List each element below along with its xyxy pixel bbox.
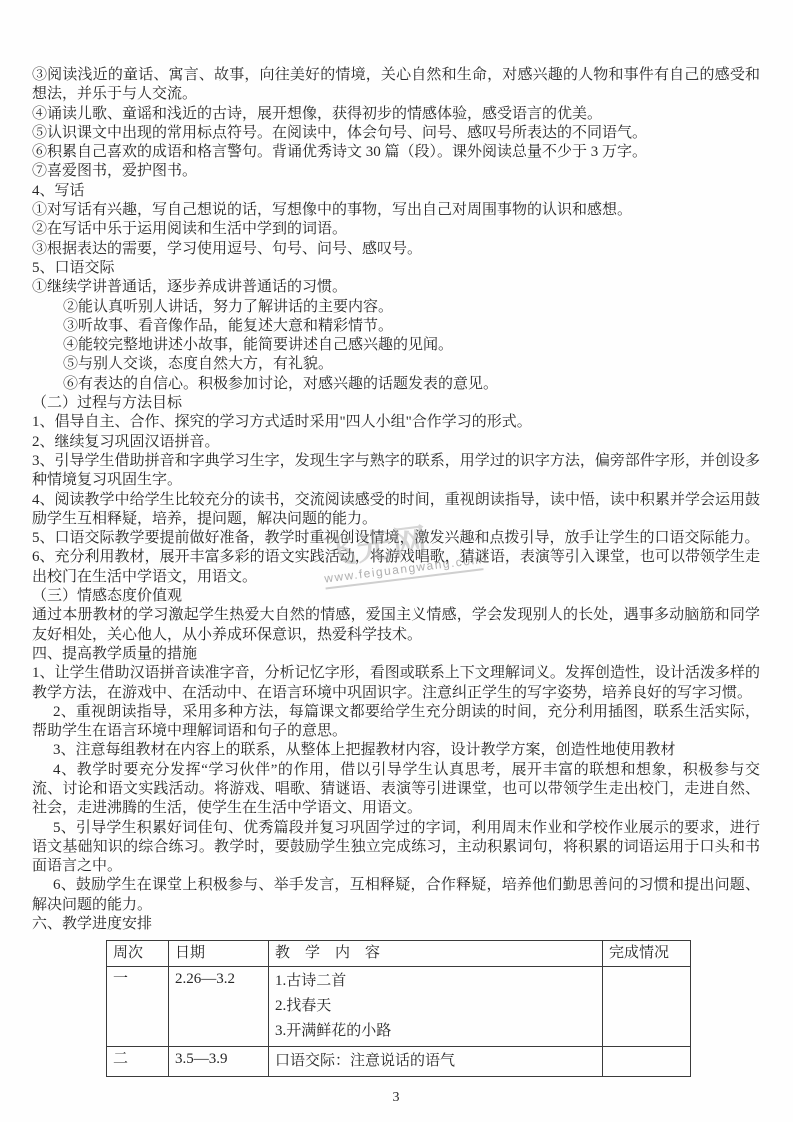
schedule-table-body: 一2.26—3.21.古诗二首2.找春天3.开满鲜花的小路二3.5—3.9口语交… bbox=[107, 967, 691, 1077]
paragraph: ①对写话有兴趣，写自己想说的话，写想像中的事物，写出自己对周围事物的认识和感想。 bbox=[32, 201, 760, 220]
paragraph: ①继续学讲普通话，逐步养成讲普通话的习惯。 bbox=[32, 278, 760, 297]
schedule-column-header: 日期 bbox=[169, 941, 269, 967]
paragraph: 1、让学生借助汉语拼音读准字音，分析记忆字形，看图或联系上下文理解词义。发挥创造… bbox=[32, 664, 760, 703]
paragraph: ④能较完整地讲述小故事，能简要讲述自己感兴趣的见闻。 bbox=[32, 336, 760, 355]
date-cell: 3.5—3.9 bbox=[169, 1047, 269, 1077]
paragraph: 3、注意每组教材在内容上的联系，从整体上把握教材内容，设计教学方案，创造性地使用… bbox=[32, 741, 760, 760]
content-cell: 1.古诗二首2.找春天3.开满鲜花的小路 bbox=[269, 967, 603, 1047]
content-line: 2.找春天 bbox=[275, 994, 596, 1019]
paragraph: 四、提高教学质量的措施 bbox=[32, 645, 760, 664]
paragraph: 3、引导学生借助拼音和字典学习生字，发现生字与熟字的联系，用学过的识字方法，偏旁… bbox=[32, 452, 760, 491]
status-cell bbox=[603, 967, 691, 1047]
schedule-table-header-row: 周次日期教 学 内 容完成情况 bbox=[107, 941, 691, 967]
paragraph: ⑦喜爱图书，爱护图书。 bbox=[32, 162, 760, 181]
paragraph: 5、口语交际 bbox=[32, 259, 760, 278]
paragraph: 2、继续复习巩固汉语拼音。 bbox=[32, 433, 760, 452]
paragraph: ⑥有表达的自信心。积极参加讨论，对感兴趣的话题发表的意见。 bbox=[32, 375, 760, 394]
paragraph: ⑤认识课文中出现的常用标点符号。在阅读中，体会句号、问号、感叹号所表达的不同语气… bbox=[32, 124, 760, 143]
week-cell: 一 bbox=[107, 967, 169, 1047]
paragraph: （二）过程与方法目标 bbox=[32, 394, 760, 413]
paragraph: 六、教学进度安排 bbox=[32, 915, 760, 934]
document-body: ③阅读浅近的童话、寓言、故事，向往美好的情境，关心自然和生命，对感兴趣的人物和事… bbox=[32, 66, 760, 934]
content-cell: 口语交际：注意说话的语气 bbox=[269, 1047, 603, 1077]
paragraph: 5、口语交际教学要提前做好准备，教学时重视创设情境，激发兴趣和点拨引导，放手让学… bbox=[32, 529, 760, 548]
paragraph: 5、引导学生积累好词佳句、优秀篇段并复习巩固学过的字词，利用周末作业和学校作业展… bbox=[32, 819, 760, 877]
paragraph: 4、写话 bbox=[32, 182, 760, 201]
page-number: 3 bbox=[32, 1090, 760, 1106]
week-cell: 二 bbox=[107, 1047, 169, 1077]
status-cell bbox=[603, 1047, 691, 1077]
content-line: 1.古诗二首 bbox=[275, 969, 596, 994]
paragraph: ②在写话中乐于运用阅读和生活中学到的词语。 bbox=[32, 220, 760, 239]
paragraph: 通过本册教材的学习激起学生热爱大自然的情感，爱国主义情感，学会发现别人的长处，遇… bbox=[32, 606, 760, 645]
paragraph: ③根据表达的需要，学习使用逗号、句号、问号、感叹号。 bbox=[32, 240, 760, 259]
paragraph: ⑤与别人交谈，态度自然大方，有礼貌。 bbox=[32, 355, 760, 374]
schedule-column-header: 完成情况 bbox=[603, 941, 691, 967]
paragraph: 6、充分利用教材，展开丰富多彩的语文实践活动，将游戏唱歌，猜谜语，表演等引入课堂… bbox=[32, 548, 760, 587]
date-cell: 2.26—3.2 bbox=[169, 967, 269, 1047]
content-line: 口语交际：注意说话的语气 bbox=[275, 1049, 596, 1074]
paragraph: ③听故事、看音像作品，能复述大意和精彩情节。 bbox=[32, 317, 760, 336]
paragraph: （三）情感态度价值观 bbox=[32, 587, 760, 606]
schedule-row: 一2.26—3.21.古诗二首2.找春天3.开满鲜花的小路 bbox=[107, 967, 691, 1047]
paragraph: ④诵读儿歌、童谣和浅近的古诗，展开想像，获得初步的情感体验，感受语言的优美。 bbox=[32, 105, 760, 124]
paragraph: ②能认真听别人讲话，努力了解讲话的主要内容。 bbox=[32, 298, 760, 317]
schedule-row: 二3.5—3.9口语交际：注意说话的语气 bbox=[107, 1047, 691, 1077]
schedule-column-header: 教 学 内 容 bbox=[269, 941, 603, 967]
document-page: ③阅读浅近的童话、寓言、故事，向往美好的情境，关心自然和生命，对感兴趣的人物和事… bbox=[0, 0, 793, 1122]
paragraph: ⑥积累自己喜欢的成语和格言警句。背诵优秀诗文 30 篇（段）。课外阅读总量不少于… bbox=[32, 143, 760, 162]
paragraph: 4、阅读教学中给学生比较充分的读书，交流阅读感受的时间，重视朗读指导，读中悟，读… bbox=[32, 491, 760, 530]
paragraph: 4、教学时要充分发挥“学习伙伴”的作用，借以引导学生认真思考，展开丰富的联想和想… bbox=[32, 761, 760, 819]
schedule-table: 周次日期教 学 内 容完成情况 一2.26—3.21.古诗二首2.找春天3.开满… bbox=[106, 940, 691, 1077]
paragraph: 1、倡导自主、合作、探究的学习方式适时采用"四人小组"合作学习的形式。 bbox=[32, 413, 760, 432]
schedule-column-header: 周次 bbox=[107, 941, 169, 967]
paragraph: 2、重视朗读指导，采用多种方法，每篇课文都要给学生充分朗读的时间，充分利用插图，… bbox=[32, 703, 760, 742]
paragraph: ③阅读浅近的童话、寓言、故事，向往美好的情境，关心自然和生命，对感兴趣的人物和事… bbox=[32, 66, 760, 105]
paragraph: 6、鼓励学生在课堂上积极参与、举手发言，互相释疑，合作释疑，培养他们勤思善问的习… bbox=[32, 876, 760, 915]
content-line: 3.开满鲜花的小路 bbox=[275, 1019, 596, 1044]
